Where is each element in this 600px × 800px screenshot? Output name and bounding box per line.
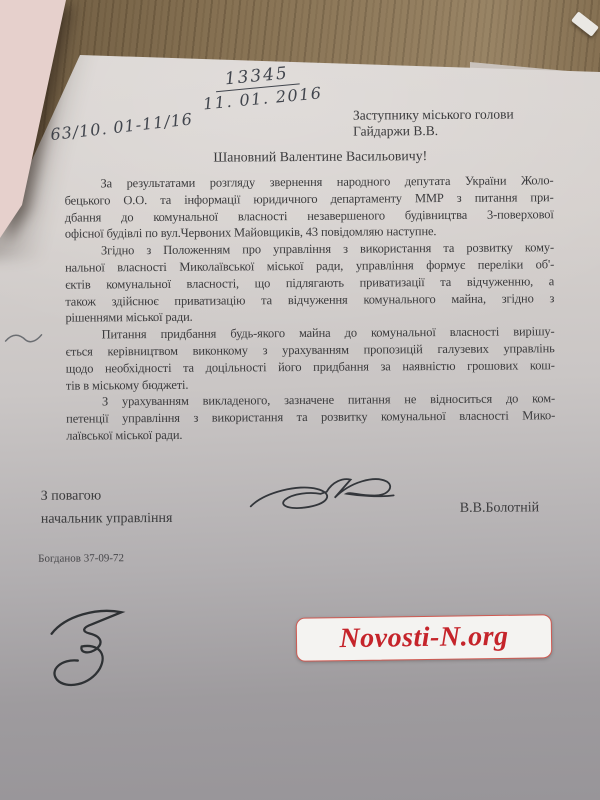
handwritten-registration-block: 13345 11. 01. 2016 — [200, 61, 315, 113]
closing-block: З повагою начальник управління — [41, 484, 173, 531]
executor-contact: Богданов 37-09-72 — [38, 552, 124, 565]
recipient-block: Заступнику міського голови Гайдаржи В.В. — [353, 107, 514, 139]
body-line: петенції управління з використання та ро… — [66, 407, 555, 427]
margin-check-mark — [4, 332, 46, 346]
watermark-text: Novosti-N.org — [339, 621, 508, 655]
signer-name: В.В.Болотній — [460, 500, 539, 517]
handwritten-scribble — [37, 603, 143, 700]
paragraph: З урахуванням викладеного, зазначене пит… — [66, 391, 555, 445]
closing-position: начальник управління — [41, 507, 173, 531]
watermark-badge: Novosti-N.org — [296, 614, 553, 662]
signature-ink — [247, 471, 397, 524]
closing-regards: З повагою — [41, 484, 173, 508]
recipient-title: Заступнику міського голови — [353, 107, 514, 124]
body-line: щодо необхідності та доцільності його пр… — [66, 357, 555, 377]
recipient-name: Гайдаржи В.В. — [353, 122, 514, 139]
handwritten-outgoing-number: 63/10. 01-11/16 — [49, 109, 193, 144]
body-line: лаївської міської ради. — [66, 424, 555, 444]
document-page: 13345 11. 01. 2016 63/10. 01-11/16 Засту… — [0, 0, 600, 800]
letter-content: 13345 11. 01. 2016 63/10. 01-11/16 Засту… — [0, 0, 600, 800]
paragraph: Питання придбання будь-якого майна до ко… — [65, 323, 554, 394]
photo-of-document: 13345 11. 01. 2016 63/10. 01-11/16 Засту… — [0, 0, 600, 800]
paragraph: Згідно з Положенням про управління з вик… — [65, 239, 555, 326]
paragraph: За результатами розгляду звернення народ… — [64, 172, 553, 243]
letter-body: За результатами розгляду звернення народ… — [64, 172, 555, 444]
salutation: Шановний Валентине Васильовичу! — [213, 148, 427, 165]
